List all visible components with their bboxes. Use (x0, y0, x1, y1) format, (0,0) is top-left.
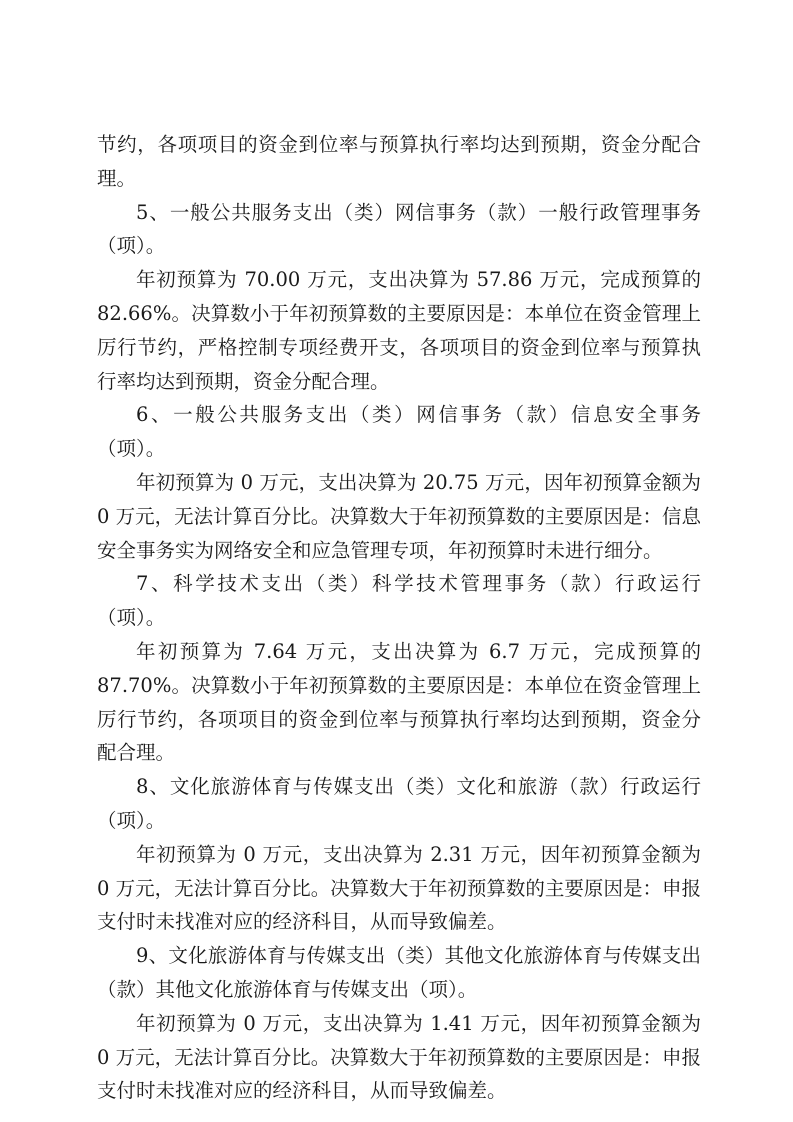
section-heading-7: 7、科学技术支出（类）科学技术管理事务（款）行政运行（项）。 (97, 567, 701, 635)
section-heading-5: 5、一般公共服务支出（类）网信事务（款）一般行政管理事务（项）。 (97, 196, 701, 264)
section-heading-6: 6、一般公共服务支出（类）网信事务（款）信息安全事务（项）。 (97, 398, 701, 466)
document-page: 节约，各项项目的资金到位率与预算执行率均达到预期，资金分配合理。 5、一般公共服… (97, 128, 701, 1108)
paragraph-continuation: 节约，各项项目的资金到位率与预算执行率均达到预期，资金分配合理。 (97, 128, 701, 196)
paragraph-7: 年初预算为 7.64 万元，支出决算为 6.7 万元，完成预算的 87.70%。… (97, 635, 701, 770)
paragraph-5: 年初预算为 70.00 万元，支出决算为 57.86 万元，完成预算的 82.6… (97, 263, 701, 398)
paragraph-6: 年初预算为 0 万元，支出决算为 20.75 万元，因年初预算金额为 0 万元，… (97, 466, 701, 567)
paragraph-9: 年初预算为 0 万元，支出决算为 1.41 万元，因年初预算金额为 0 万元，无… (97, 1007, 701, 1108)
section-heading-8: 8、文化旅游体育与传媒支出（类）文化和旅游（款）行政运行（项）。 (97, 770, 701, 838)
paragraph-8: 年初预算为 0 万元，支出决算为 2.31 万元，因年初预算金额为 0 万元，无… (97, 838, 701, 939)
section-heading-9: 9、文化旅游体育与传媒支出（类）其他文化旅游体育与传媒支出（款）其他文化旅游体育… (97, 939, 701, 1007)
